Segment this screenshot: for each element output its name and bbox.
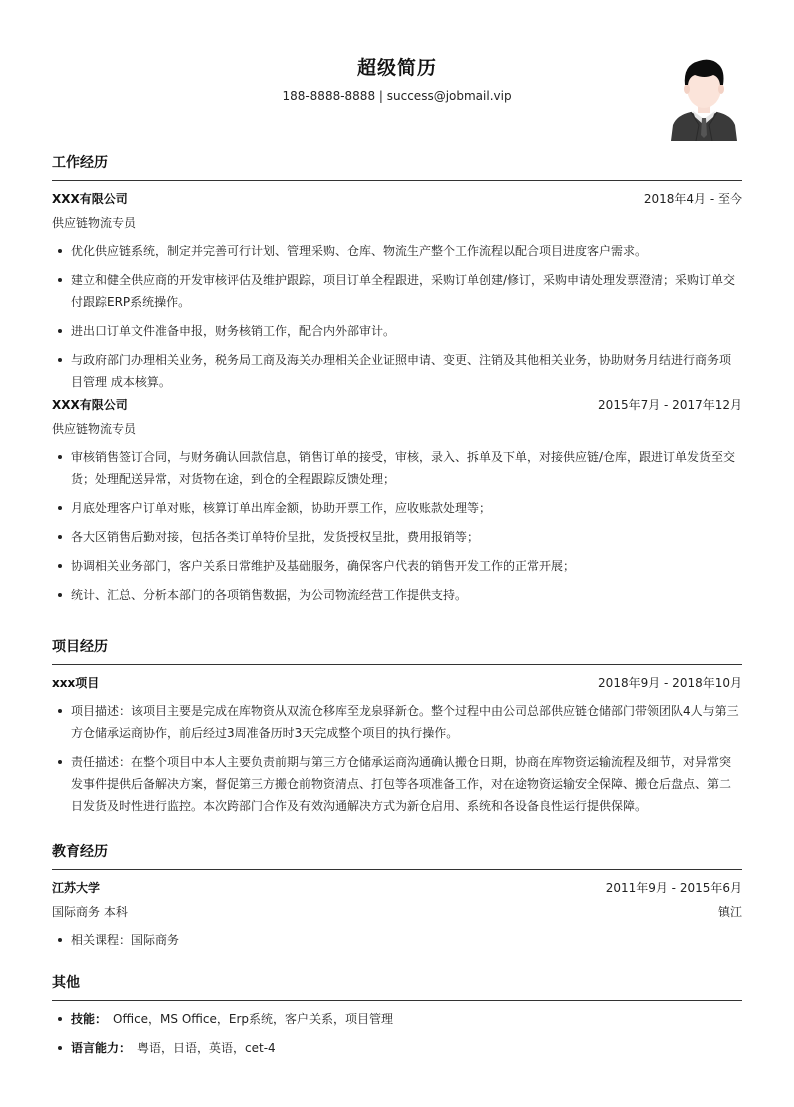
resume-page: 超级简历 188-8888-8888 | success@jobmail.vip: [52, 0, 742, 150]
bullet-item: 责任描述：在整个项目中本人主要负责前期与第三方仓储承运商沟通确认搬仓日期，协商在…: [52, 751, 742, 817]
section-title-education: 教育经历: [52, 841, 742, 865]
bullet-list: 项目描述：该项目主要是完成在库物资从双流仓移库至龙泉驿新仓。整个过程中由公司总部…: [52, 700, 742, 817]
project-entry: xxx项目 2018年9月 - 2018年10月 项目描述：该项目主要是完成在库…: [52, 671, 742, 817]
skills-value: Office，MS Office，Erp系统，客户关系，项目管理: [113, 1012, 393, 1026]
bullet-item: 统计、汇总、分析本部门的各项销售数据，为公司物流经营工作提供支持。: [52, 584, 742, 606]
bullet-list: 相关课程：国际商务: [52, 929, 742, 951]
work-entry: XXX有限公司 2015年7月 - 2017年12月 供应链物流专员 审核销售签…: [52, 393, 742, 606]
date-range: 2011年9月 - 2015年6月: [606, 876, 742, 900]
location: 镇江: [718, 900, 742, 924]
company-name: XXX有限公司: [52, 187, 128, 211]
section-divider: [52, 664, 742, 665]
contact-info: 188-8888-8888 | success@jobmail.vip: [52, 89, 742, 103]
skills-item: 技能：Office，MS Office，Erp系统，客户关系，项目管理: [52, 1008, 742, 1030]
bullet-item: 各大区销售后勤对接，包括各类订单特价呈批，发货授权呈批，费用报销等；: [52, 526, 742, 548]
person-avatar-icon: [669, 55, 739, 141]
bullet-list: 优化供应链系统，制定并完善可行计划、管理采购、仓库、物流生产整个工作流程以配合项…: [52, 240, 742, 393]
major-degree: 国际商务 本科: [52, 900, 128, 924]
education-section: 教育经历 江苏大学 2011年9月 - 2015年6月 国际商务 本科 镇江 相…: [52, 841, 742, 958]
section-divider: [52, 1000, 742, 1001]
date-range: 2018年9月 - 2018年10月: [598, 671, 742, 695]
work-experience-section: 工作经历 XXX有限公司 2018年4月 - 至今 供应链物流专员 优化供应链系…: [52, 152, 742, 613]
bullet-item: 月底处理客户订单对账，核算订单出库金额，协助开票工作，应收账款处理等；: [52, 497, 742, 519]
section-title-work: 工作经历: [52, 152, 742, 176]
bullet-item: 建立和健全供应商的开发审核评估及维护跟踪，项目订单全程跟进，采购订单创建/修订，…: [52, 269, 742, 313]
job-title: 供应链物流专员: [52, 417, 136, 441]
bullet-item: 审核销售签订合同，与财务确认回款信息，销售订单的接受，审核，录入、拆单及下单，对…: [52, 446, 742, 490]
school-name: 江苏大学: [52, 876, 100, 900]
project-name: xxx项目: [52, 671, 99, 695]
section-divider: [52, 180, 742, 181]
date-range: 2018年4月 - 至今: [644, 187, 742, 211]
education-entry: 江苏大学 2011年9月 - 2015年6月 国际商务 本科 镇江 相关课程：国…: [52, 876, 742, 951]
resume-name: 超级简历: [52, 53, 742, 80]
section-title-project: 项目经历: [52, 636, 742, 660]
job-title: 供应链物流专员: [52, 211, 136, 235]
bullet-item: 项目描述：该项目主要是完成在库物资从双流仓移库至龙泉驿新仓。整个过程中由公司总部…: [52, 700, 742, 744]
bullet-item: 相关课程：国际商务: [52, 929, 742, 951]
section-title-other: 其他: [52, 972, 742, 996]
bullet-item: 与政府部门办理相关业务，税务局工商及海关办理相关企业证照申请、变更、注销及其他相…: [52, 349, 742, 393]
bullet-item: 优化供应链系统，制定并完善可行计划、管理采购、仓库、物流生产整个工作流程以配合项…: [52, 240, 742, 262]
date-range: 2015年7月 - 2017年12月: [598, 393, 742, 417]
language-value: 粤语，日语，英语，cet-4: [137, 1041, 276, 1055]
section-divider: [52, 869, 742, 870]
bullet-list: 审核销售签订合同，与财务确认回款信息，销售订单的接受，审核，录入、拆单及下单，对…: [52, 446, 742, 606]
project-experience-section: 项目经历 xxx项目 2018年9月 - 2018年10月 项目描述：该项目主要…: [52, 636, 742, 824]
language-label: 语言能力：: [71, 1041, 131, 1055]
skills-label: 技能：: [71, 1012, 107, 1026]
company-name: XXX有限公司: [52, 393, 128, 417]
work-entry: XXX有限公司 2018年4月 - 至今 供应链物流专员 优化供应链系统，制定并…: [52, 187, 742, 393]
bullet-list: 技能：Office，MS Office，Erp系统，客户关系，项目管理 语言能力…: [52, 1008, 742, 1059]
language-item: 语言能力：粤语，日语，英语，cet-4: [52, 1037, 742, 1059]
bullet-item: 进出口订单文件准备申报，财务核销工作，配合内外部审计。: [52, 320, 742, 342]
resume-header: 超级简历 188-8888-8888 | success@jobmail.vip: [52, 0, 742, 150]
other-section: 其他 技能：Office，MS Office，Erp系统，客户关系，项目管理 语…: [52, 972, 742, 1066]
bullet-item: 协调相关业务部门，客户关系日常维护及基础服务，确保客户代表的销售开发工作的正常开…: [52, 555, 742, 577]
